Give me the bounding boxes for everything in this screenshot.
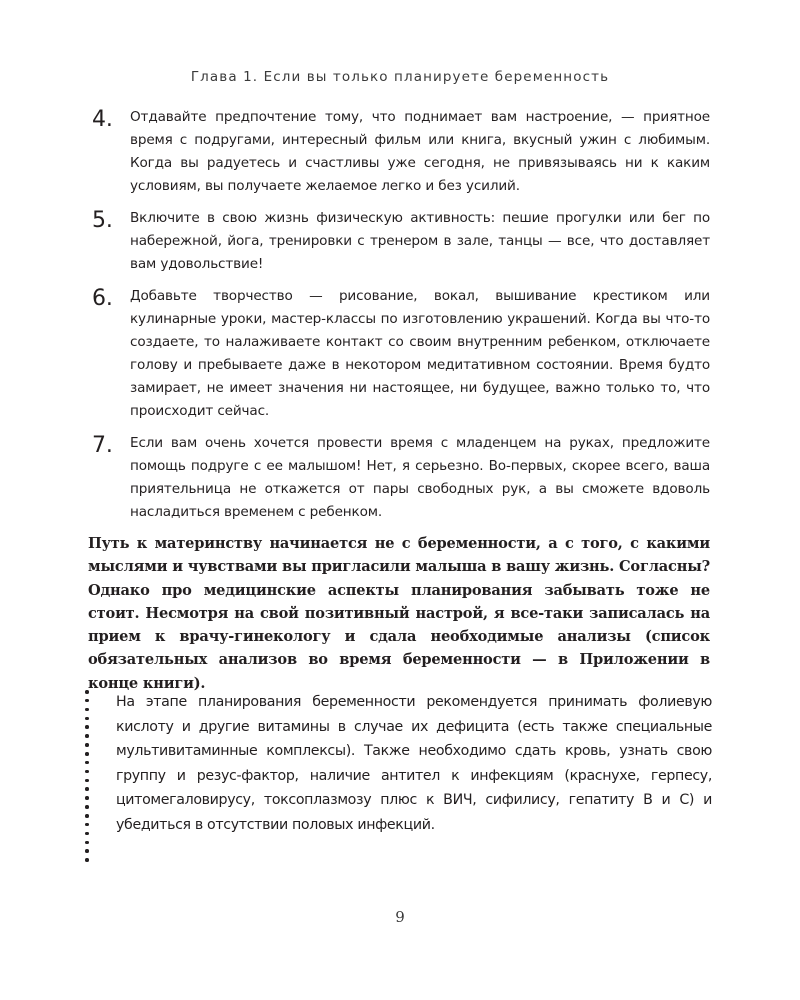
dot-icon [85,708,89,712]
dot-icon [85,849,89,853]
list-item: 4. Отдавайте предпочтение тому, что подн… [90,106,710,198]
dot-icon [85,832,89,836]
dot-icon [85,796,89,800]
dot-icon [85,823,89,827]
list-item: 7. Если вам очень хочется провести время… [90,432,710,524]
dotted-rule-icon [84,690,90,862]
dot-icon [85,743,89,747]
page-number: 9 [0,908,800,926]
dot-icon [85,725,89,729]
dot-icon [85,761,89,765]
running-header: Глава 1. Если вы только планируете берем… [0,69,800,85]
dot-icon [85,734,89,738]
list-item-text: Отдавайте предпочтение тому, что поднима… [130,109,710,194]
dot-icon [85,787,89,791]
list-item: 6. Добавьте творчество — рисование, вока… [90,285,710,423]
numbered-list: 4. Отдавайте предпочтение тому, что подн… [90,106,710,533]
dot-icon [85,841,89,845]
list-item-number: 5. [92,207,113,235]
list-item-text: Включите в свою жизнь физическую активно… [130,210,710,272]
bold-paragraph: Путь к материнству начинается не с берем… [88,532,710,695]
list-item-number: 7. [92,432,113,460]
dot-icon [85,690,89,694]
dot-icon [85,699,89,703]
dot-icon [85,814,89,818]
dot-icon [85,858,89,862]
dot-icon [85,805,89,809]
callout-box: На этапе планирования беременности реком… [84,690,720,865]
list-item-text: Если вам очень хочется провести время с … [130,435,710,520]
list-item-number: 6. [92,285,113,313]
dot-icon [85,752,89,756]
list-item-text: Добавьте творчество — рисование, вокал, … [130,288,710,419]
list-item: 5. Включите в свою жизнь физическую акти… [90,207,710,276]
list-item-number: 4. [92,106,113,134]
callout-text: На этапе планирования беременности реком… [116,690,712,837]
dot-icon [85,717,89,721]
dot-icon [85,770,89,774]
dot-icon [85,779,89,783]
